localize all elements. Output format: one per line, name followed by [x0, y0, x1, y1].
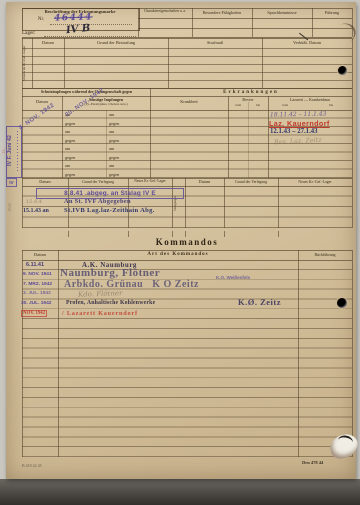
- col-sprachkenntnisse: Sprachkenntnisse: [253, 11, 311, 15]
- verlegung-row3-datum: 15.1.43 an: [23, 208, 49, 214]
- impf-h-datum: Datum: [22, 100, 62, 105]
- punch-hole-top: [338, 66, 347, 75]
- footer-print-code-right: Dru 478 44: [302, 460, 323, 465]
- kommandos-title: Kommandos: [22, 238, 352, 247]
- margin-year-note: 1942: [7, 192, 12, 212]
- kommandos-h-datum: Datum: [22, 253, 58, 258]
- tick: [278, 231, 279, 237]
- lazarett-bis: bis: [322, 104, 340, 108]
- margin-red-mark: 15.: [1, 138, 6, 154]
- divider: [352, 178, 353, 228]
- kdo-row6-text: / Lazarett Kauerndorf: [62, 310, 138, 317]
- ivf-stamp-line2: [17, 131, 18, 173]
- card-paper: Beschriftung der Erkennungsmarke Nr. 464…: [6, 2, 356, 479]
- kdo-row1-datum: 6.11.41: [26, 262, 44, 268]
- divider: [138, 18, 352, 19]
- verlegung-h-datum1: Datum: [22, 180, 68, 184]
- kdo-row5-extra: K.Ø. Zeitz: [238, 297, 281, 307]
- kommandos-h-rueck: Rückführung: [298, 253, 352, 257]
- lazarett-entry-kauerndorf: Laz. Kauerndorf: [269, 119, 330, 128]
- kdo-row4-text: Kdo. Flötner: [78, 289, 123, 299]
- verlegung-h-neues2: Neues Kr.-Gef.-Lager: [278, 180, 352, 184]
- revier-vom: vom: [229, 104, 247, 108]
- lazarett-entry-dates1: 18.11.42 – 11.1.43: [270, 111, 327, 119]
- lazarett-vom: vom: [276, 104, 294, 108]
- col-charaktereigenschaften: Charaktereigenschaften u. a.: [139, 10, 191, 14]
- kdo-row5-text: Profen, Anhaltische Kohlenwerke: [66, 300, 155, 306]
- ivf-stamp-text: IV F. Juni 42: [7, 128, 15, 174]
- scanner-background-bottom: [0, 479, 360, 505]
- verlegung-h-grund1: Grund der Verlegung: [68, 180, 128, 184]
- verlegung-h-datum2: Datum: [185, 180, 224, 184]
- kdo-row2-datum: 9. NOV. 1941: [23, 272, 52, 277]
- verlegung-h-grund2: Grund der Verlegung: [224, 180, 278, 184]
- torn-hole-shadow-arc: [337, 434, 354, 448]
- divider: [22, 250, 352, 251]
- kdo-row3-text: Arbkdo. Grünau K O Zeitz: [64, 279, 199, 290]
- strafen-empty-rows: [22, 41, 352, 89]
- kdo-row2-extra: K.O. Weißenfels: [216, 275, 250, 280]
- divider: [22, 38, 352, 39]
- ivf-box-stamp: IV F. Juni 42: [6, 126, 22, 178]
- kdo-row3-datum: 7. MRZ. 1942: [23, 282, 52, 287]
- col-fuehrung: Führung: [313, 11, 351, 15]
- verlegung-row3-text: St.IVB Lag.laz-Zeithain Abg.: [64, 207, 155, 214]
- kommandos-h-art: Art des Kommandos: [58, 252, 298, 257]
- divider: [352, 88, 353, 178]
- impf-am-gegen-col1: amgegen amgegen amgegen amgegen: [65, 110, 75, 178]
- verlegung-h-neues1: Neues Kr.-Gef.-Lager: [128, 180, 172, 184]
- col-besondere-faehigkeiten: Besondere Fähigkeiten: [193, 11, 251, 15]
- impf-am-gegen-col2: amgegen amgegen amgegen amgegen: [109, 110, 119, 178]
- impf-h-lazarett: Lazarett — Krankenhaus: [268, 98, 352, 102]
- margin-iv-stamp: IV: [6, 178, 17, 187]
- erkrankungen-header: Erkrankungen: [150, 90, 352, 95]
- kdo-row2-text: Naumburg, Flötner: [60, 267, 160, 279]
- tick: [224, 231, 225, 237]
- kdo-row4-datum: 3. JUL. 1942: [23, 291, 51, 296]
- impf-h-krankheit: Krankheit: [150, 100, 228, 105]
- divider: [22, 178, 352, 179]
- revier-bis: bis: [249, 104, 267, 108]
- tick: [128, 231, 129, 237]
- impf-header-left: Schutzimpfungen während der Gefangenscha…: [23, 90, 150, 94]
- lazarett-entry-dates2: 12.1.43 – 27.1.43: [270, 128, 318, 135]
- lager-value: IV B: [65, 23, 90, 36]
- divider: [352, 38, 353, 88]
- divider: [138, 28, 352, 29]
- verlegung-row2-text: An St. IVF Abgegeben: [64, 198, 131, 205]
- lager-label: Lager:: [22, 31, 44, 36]
- nr-label: Nr.: [36, 17, 46, 22]
- impf-h-revier: Revier: [228, 98, 268, 102]
- tick: [68, 231, 69, 237]
- verlegung-row2-datum: 15.8.4: [26, 199, 42, 205]
- divider: [352, 250, 353, 457]
- punch-hole-middle: [337, 298, 347, 308]
- footer-print-code-left: B 418 42 45: [22, 463, 42, 468]
- nr-dotted-line: [50, 24, 132, 25]
- kdo-row6-datum: NOV. 1942: [21, 310, 47, 317]
- scanned-pow-card: Beschriftung der Erkennungsmarke Nr. 464…: [0, 0, 360, 505]
- kdo-row5-datum: 30. JUL. 1942: [21, 301, 51, 306]
